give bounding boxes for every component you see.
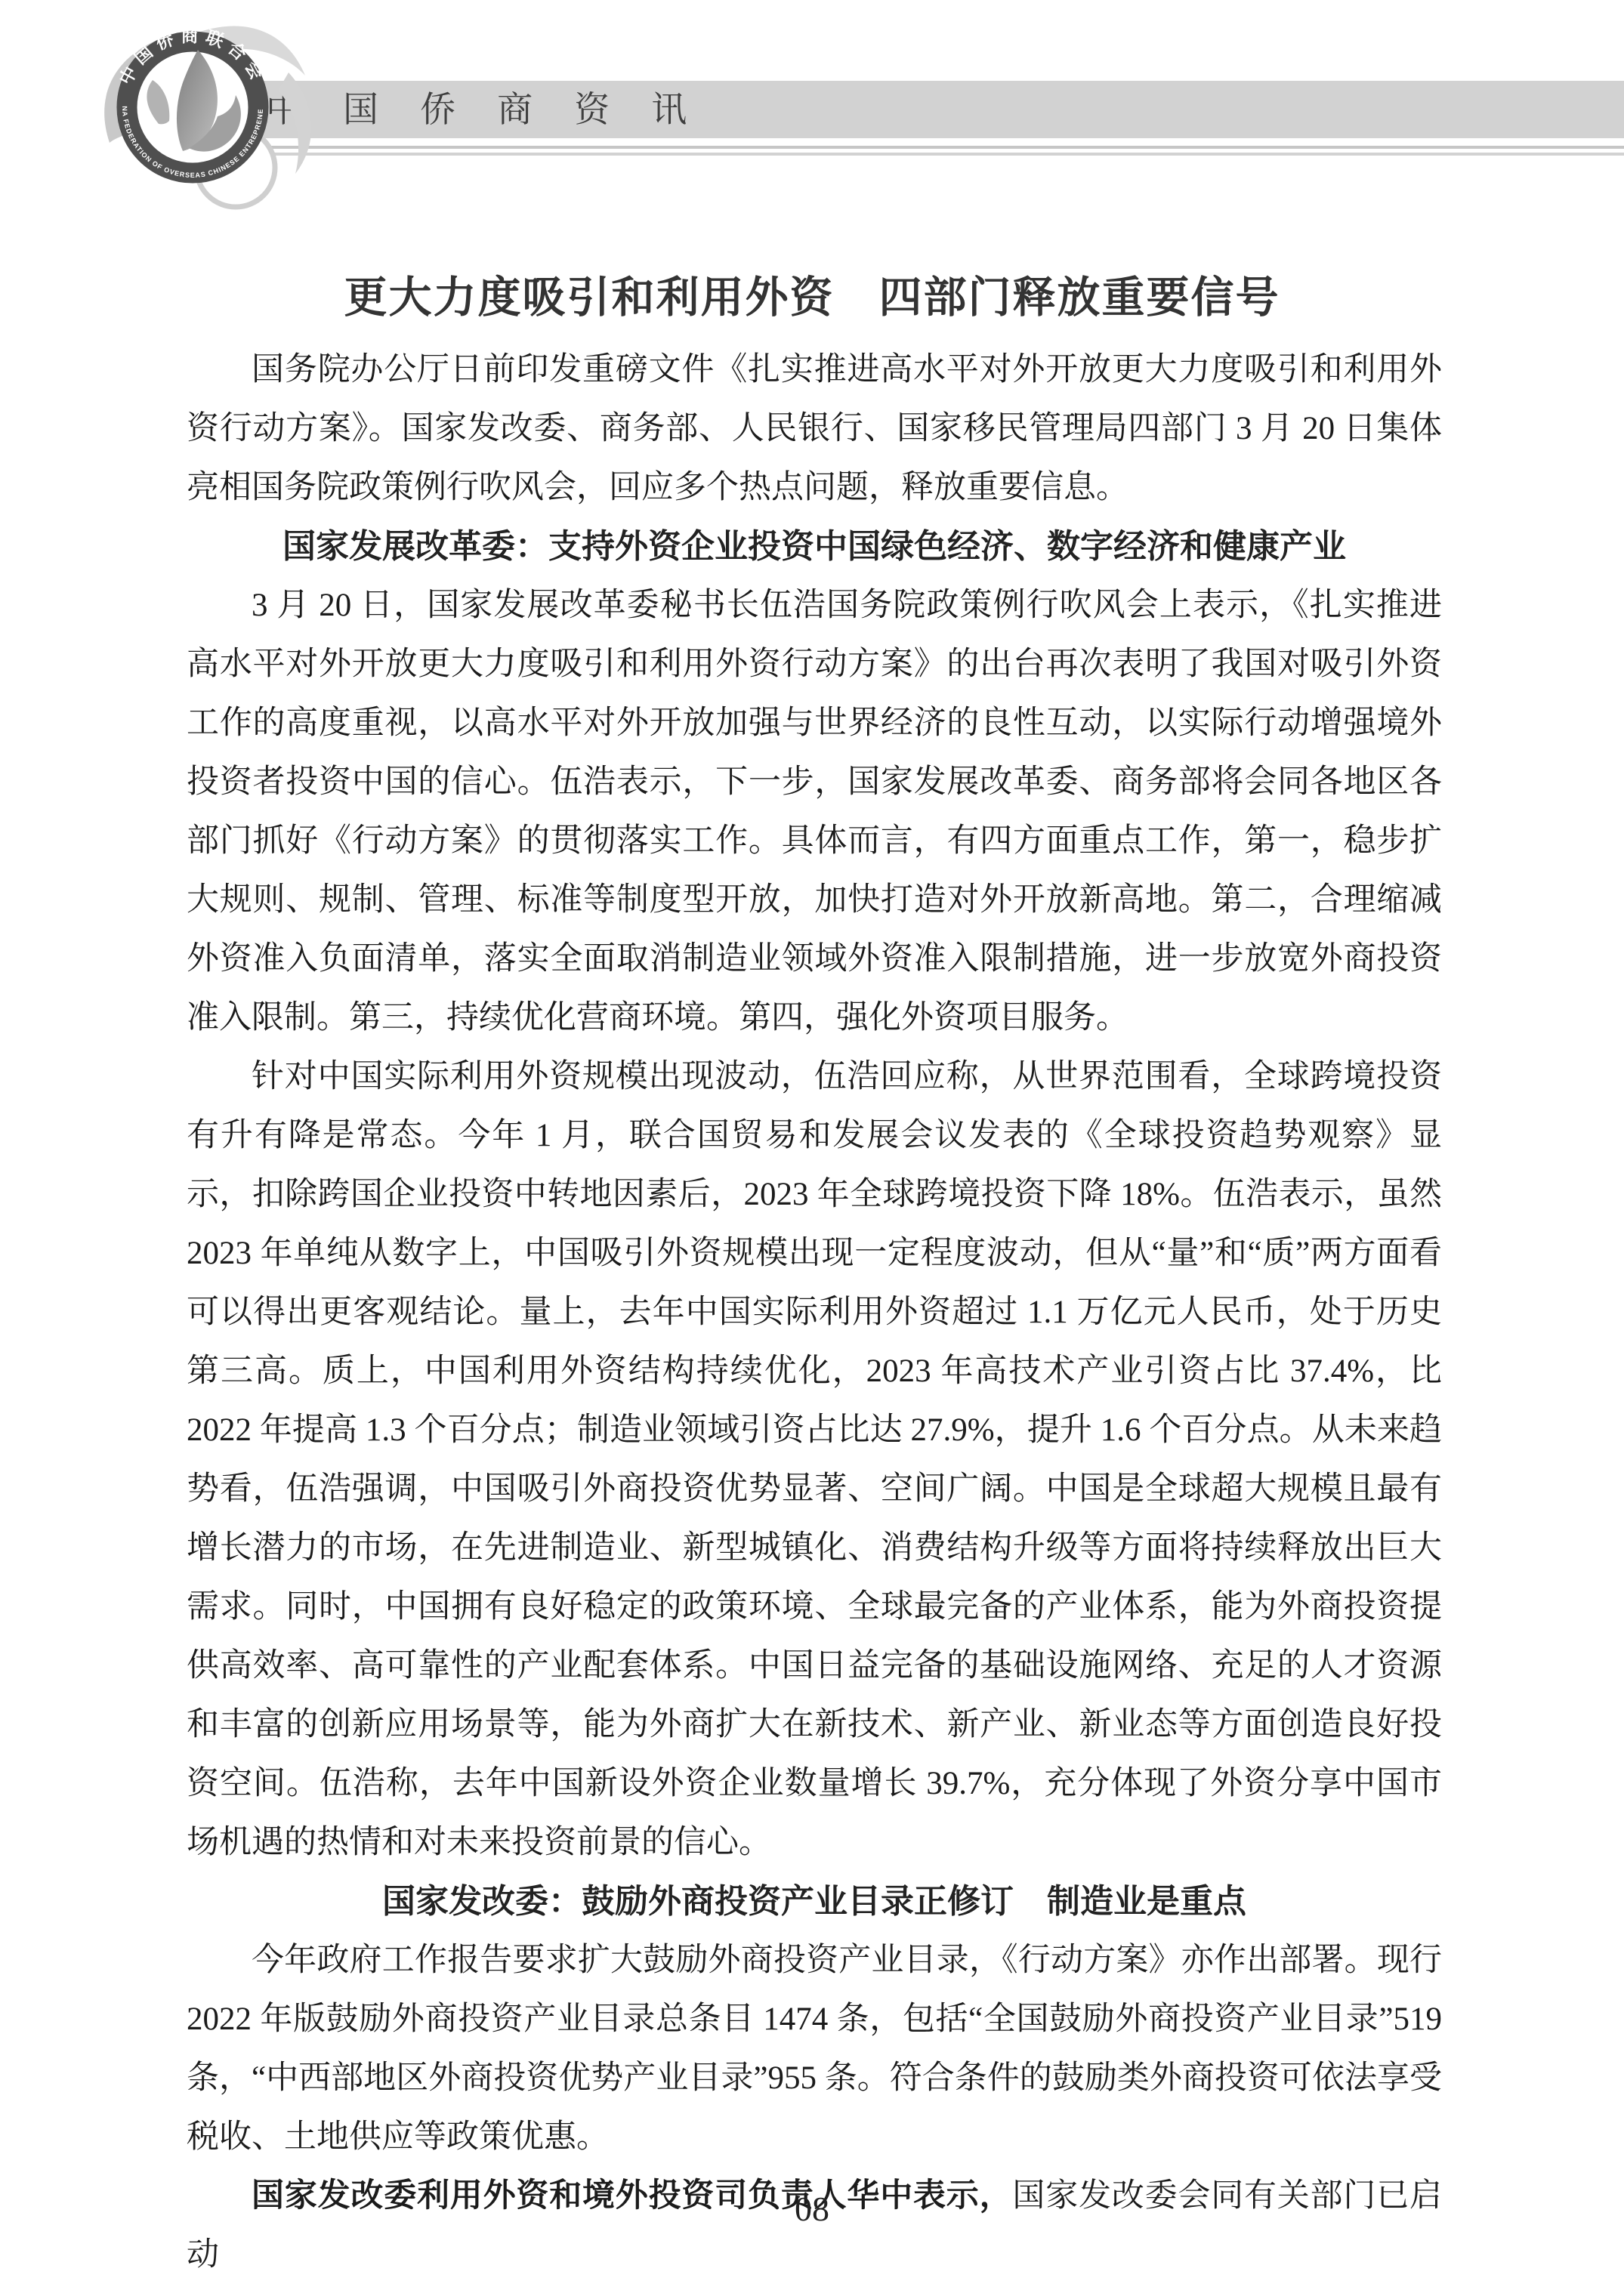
article-body: 国务院办公厅日前印发重磅文件《扎实推进高水平对外开放更大力度吸引和利用外资行动方… <box>187 341 1442 2285</box>
paragraph-4: 今年政府工作报告要求扩大鼓励外商投资产业目录，《行动方案》亦作出部署。现行 20… <box>187 1931 1442 2167</box>
article-title: 更大力度吸引和利用外资 四部门释放重要信号 <box>0 263 1624 325</box>
subheading-1: 国家发展改革委：支持外资企业投资中国绿色经济、数字经济和健康产业 <box>187 517 1442 576</box>
newsletter-page: 中 国 侨 商 资 讯 中国侨商联合会 CHINA FEDERATION OF … <box>0 0 1624 2293</box>
header-rule-bottom <box>215 153 1624 156</box>
page-number: 08 <box>0 2189 1624 2229</box>
paragraph-2: 3 月 20 日，国家发展改革委秘书长伍浩国务院政策例行吹风会上表示，《扎实推进… <box>187 576 1442 1048</box>
paragraph-3: 针对中国实际利用外资规模出现波动，伍浩回应称，从世界范围看，全球跨境投资有升有降… <box>187 1048 1442 1872</box>
header-rule-top <box>215 146 1624 149</box>
subheading-2: 国家发改委：鼓励外商投资产业目录正修订 制造业是重点 <box>187 1872 1442 1931</box>
org-logo-icon: 中国侨商联合会 CHINA FEDERATION OF OVERSEAS CHI… <box>38 3 340 230</box>
paragraph-1: 国务院办公厅日前印发重磅文件《扎实推进高水平对外开放更大力度吸引和利用外资行动方… <box>187 341 1442 517</box>
